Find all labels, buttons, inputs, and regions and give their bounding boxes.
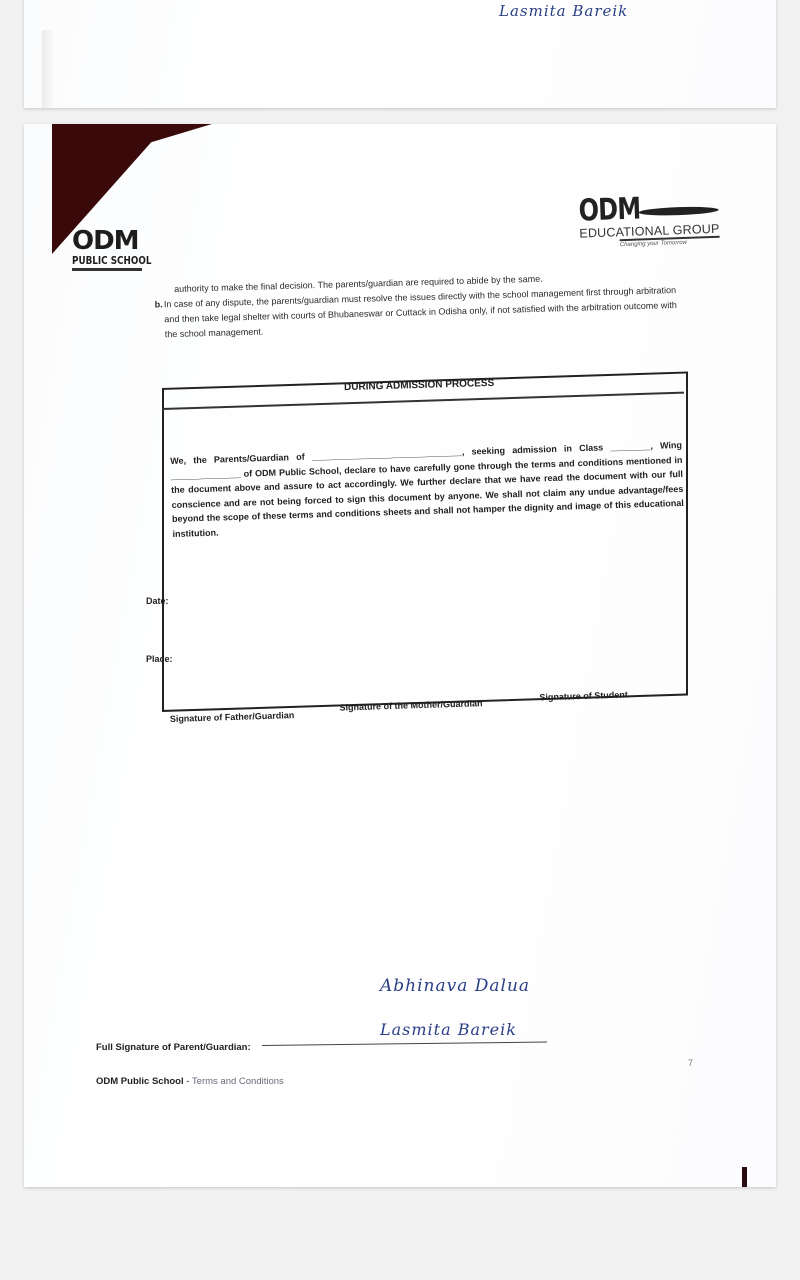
document-page: ODM PUBLIC SCHOOL ODM EDUCATIONAL GROUP … — [24, 124, 776, 1187]
declaration-text: We, the Parents/Guardian of ____________… — [170, 438, 684, 541]
scan-background — [24, 0, 776, 108]
admission-declaration-box — [162, 371, 688, 712]
odm-educational-group-logo: ODM EDUCATIONAL GROUP Changing your Tomo… — [578, 191, 730, 249]
document-page-previous: Lasmita Bareik — [24, 0, 776, 108]
page-footer: ODM Public School - Terms and Conditions — [96, 1076, 284, 1087]
scan-dark-edge — [742, 1167, 747, 1187]
footer-school: ODM Public School — [96, 1076, 184, 1087]
full-signature-label: Full Signature of Parent/Guardian: — [96, 1042, 251, 1053]
footer-doc-title: Terms and Conditions — [192, 1076, 284, 1087]
logo-title: ODM — [72, 228, 150, 254]
place-label: Place: — [146, 654, 173, 664]
scan-shadow — [42, 30, 56, 108]
handwritten-signature: Lasmita Bareik — [499, 2, 628, 20]
handwritten-signature: Lasmita Bareik — [380, 1020, 517, 1039]
page-number: 7 — [688, 1058, 693, 1068]
footer-separator: - — [184, 1076, 192, 1087]
handwritten-name: Abhinava Dalua — [380, 976, 530, 996]
logo-subtitle: PUBLIC SCHOOL — [72, 254, 134, 267]
date-label: Date: — [146, 596, 169, 606]
logo-underline — [72, 268, 142, 271]
odm-public-school-logo: ODM PUBLIC SCHOOL — [72, 228, 150, 271]
